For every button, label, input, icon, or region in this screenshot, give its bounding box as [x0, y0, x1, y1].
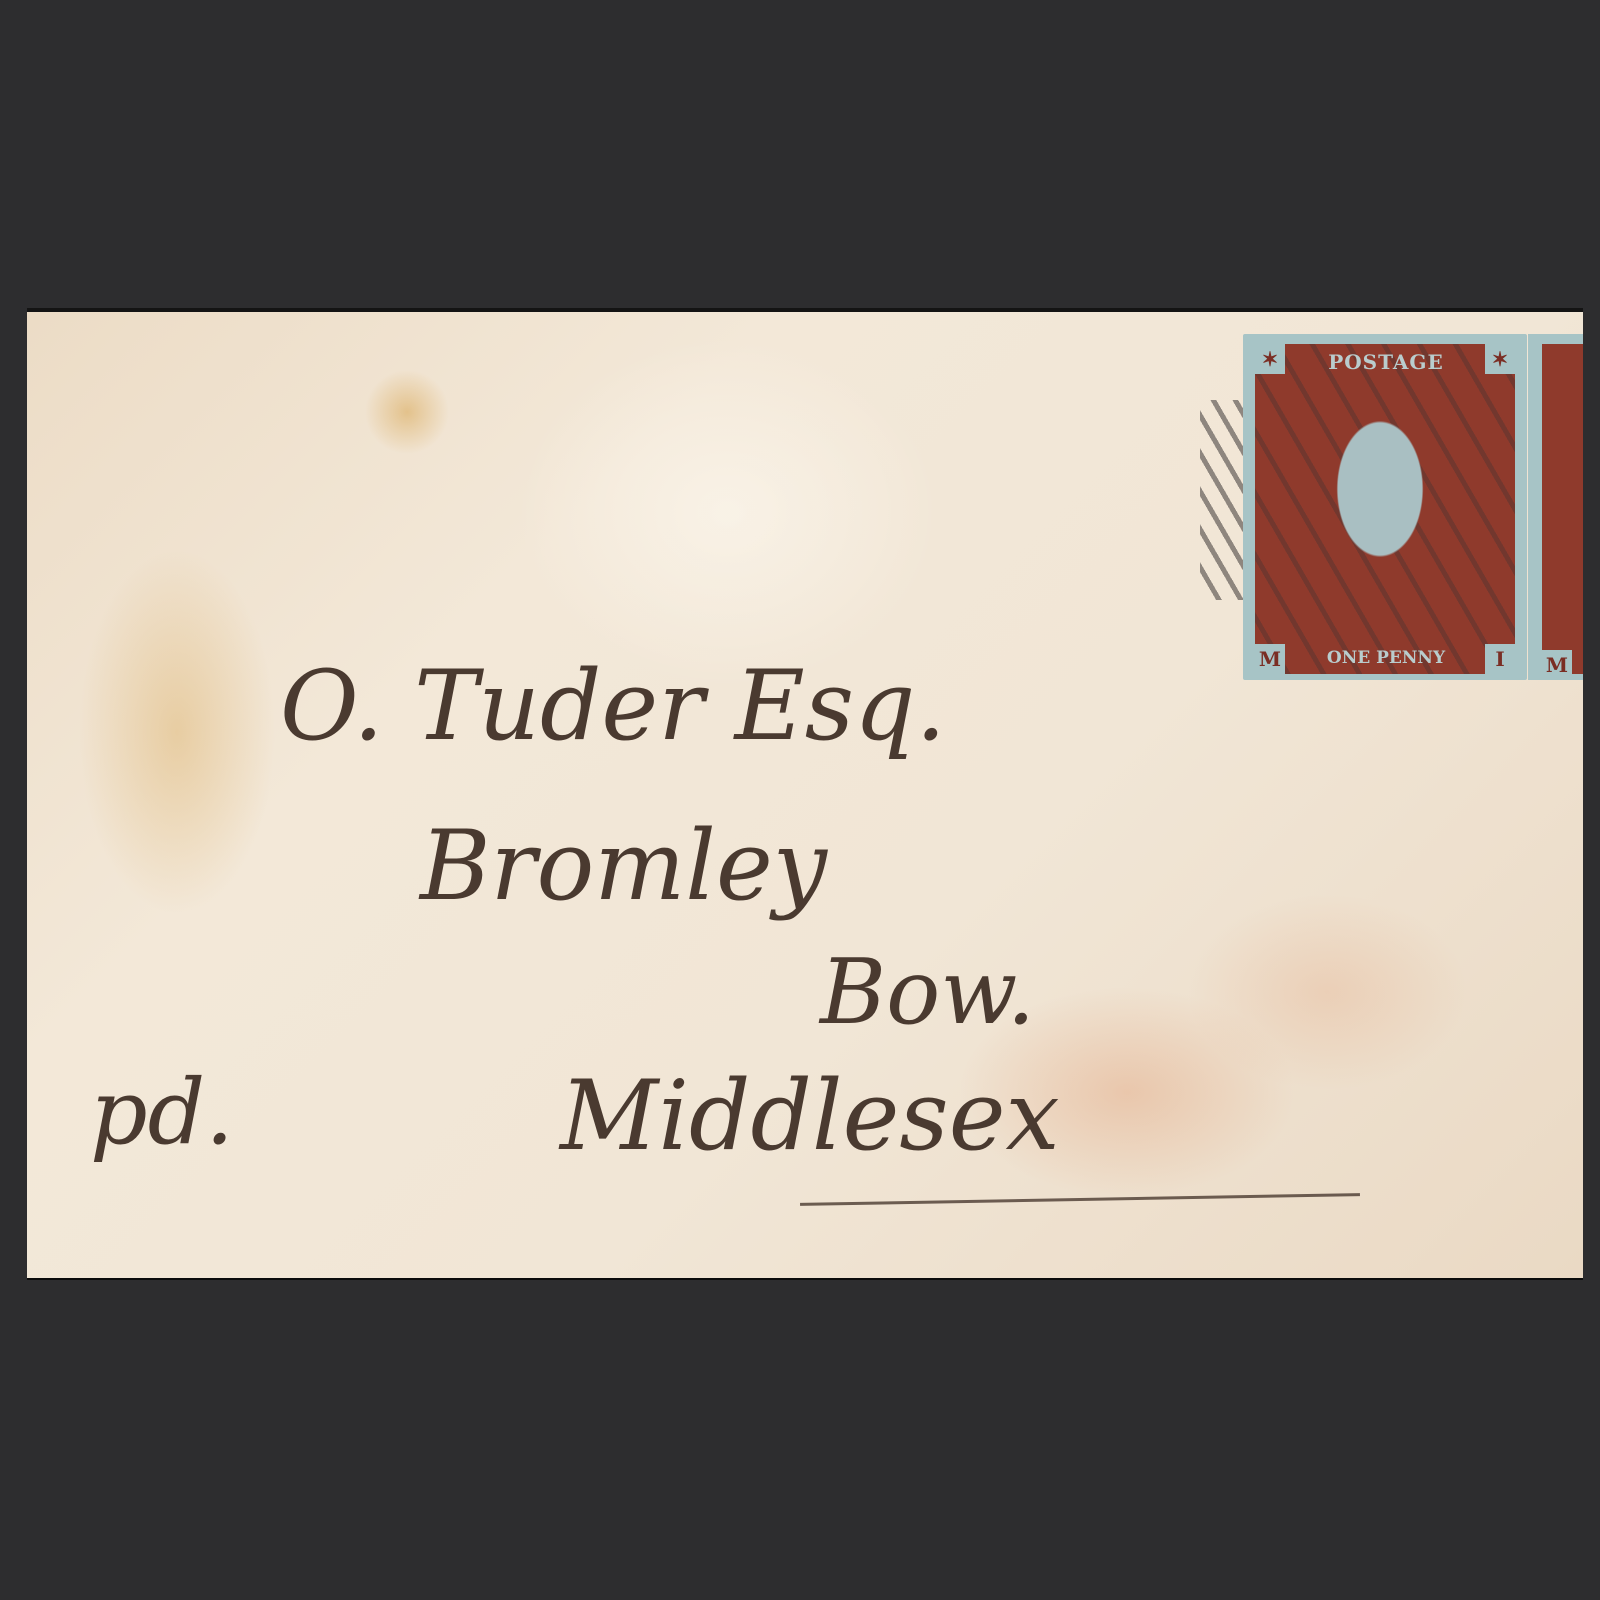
stamp-design: ✶ ✶ POSTAGE M ONE PENNY I — [1255, 344, 1515, 674]
stamp-corner-letter-right: I — [1485, 644, 1515, 674]
stamp-corner-letter-left: M — [1255, 644, 1285, 674]
address-line-1: O. Tuder Esq. — [280, 650, 946, 762]
adjacent-stamp-corner-letter: M — [1542, 650, 1572, 680]
adjacent-stamp-design — [1542, 344, 1583, 674]
stamp-value-label: ONE PENNY — [1293, 648, 1479, 668]
address-line-2: Bromley — [420, 810, 827, 922]
penny-red-stamp: ✶ ✶ POSTAGE M ONE PENNY I — [1243, 334, 1527, 680]
star-ornament-icon: ✶ — [1255, 344, 1285, 374]
address-line-3: Bow. — [820, 940, 1035, 1045]
paid-annotation: pd. — [90, 1060, 234, 1165]
address-line-4: Middlesex — [560, 1060, 1060, 1172]
stamp-top-label: POSTAGE — [1301, 350, 1471, 374]
adjacent-stamp-fragment: M — [1528, 334, 1583, 680]
star-ornament-icon: ✶ — [1485, 344, 1515, 374]
